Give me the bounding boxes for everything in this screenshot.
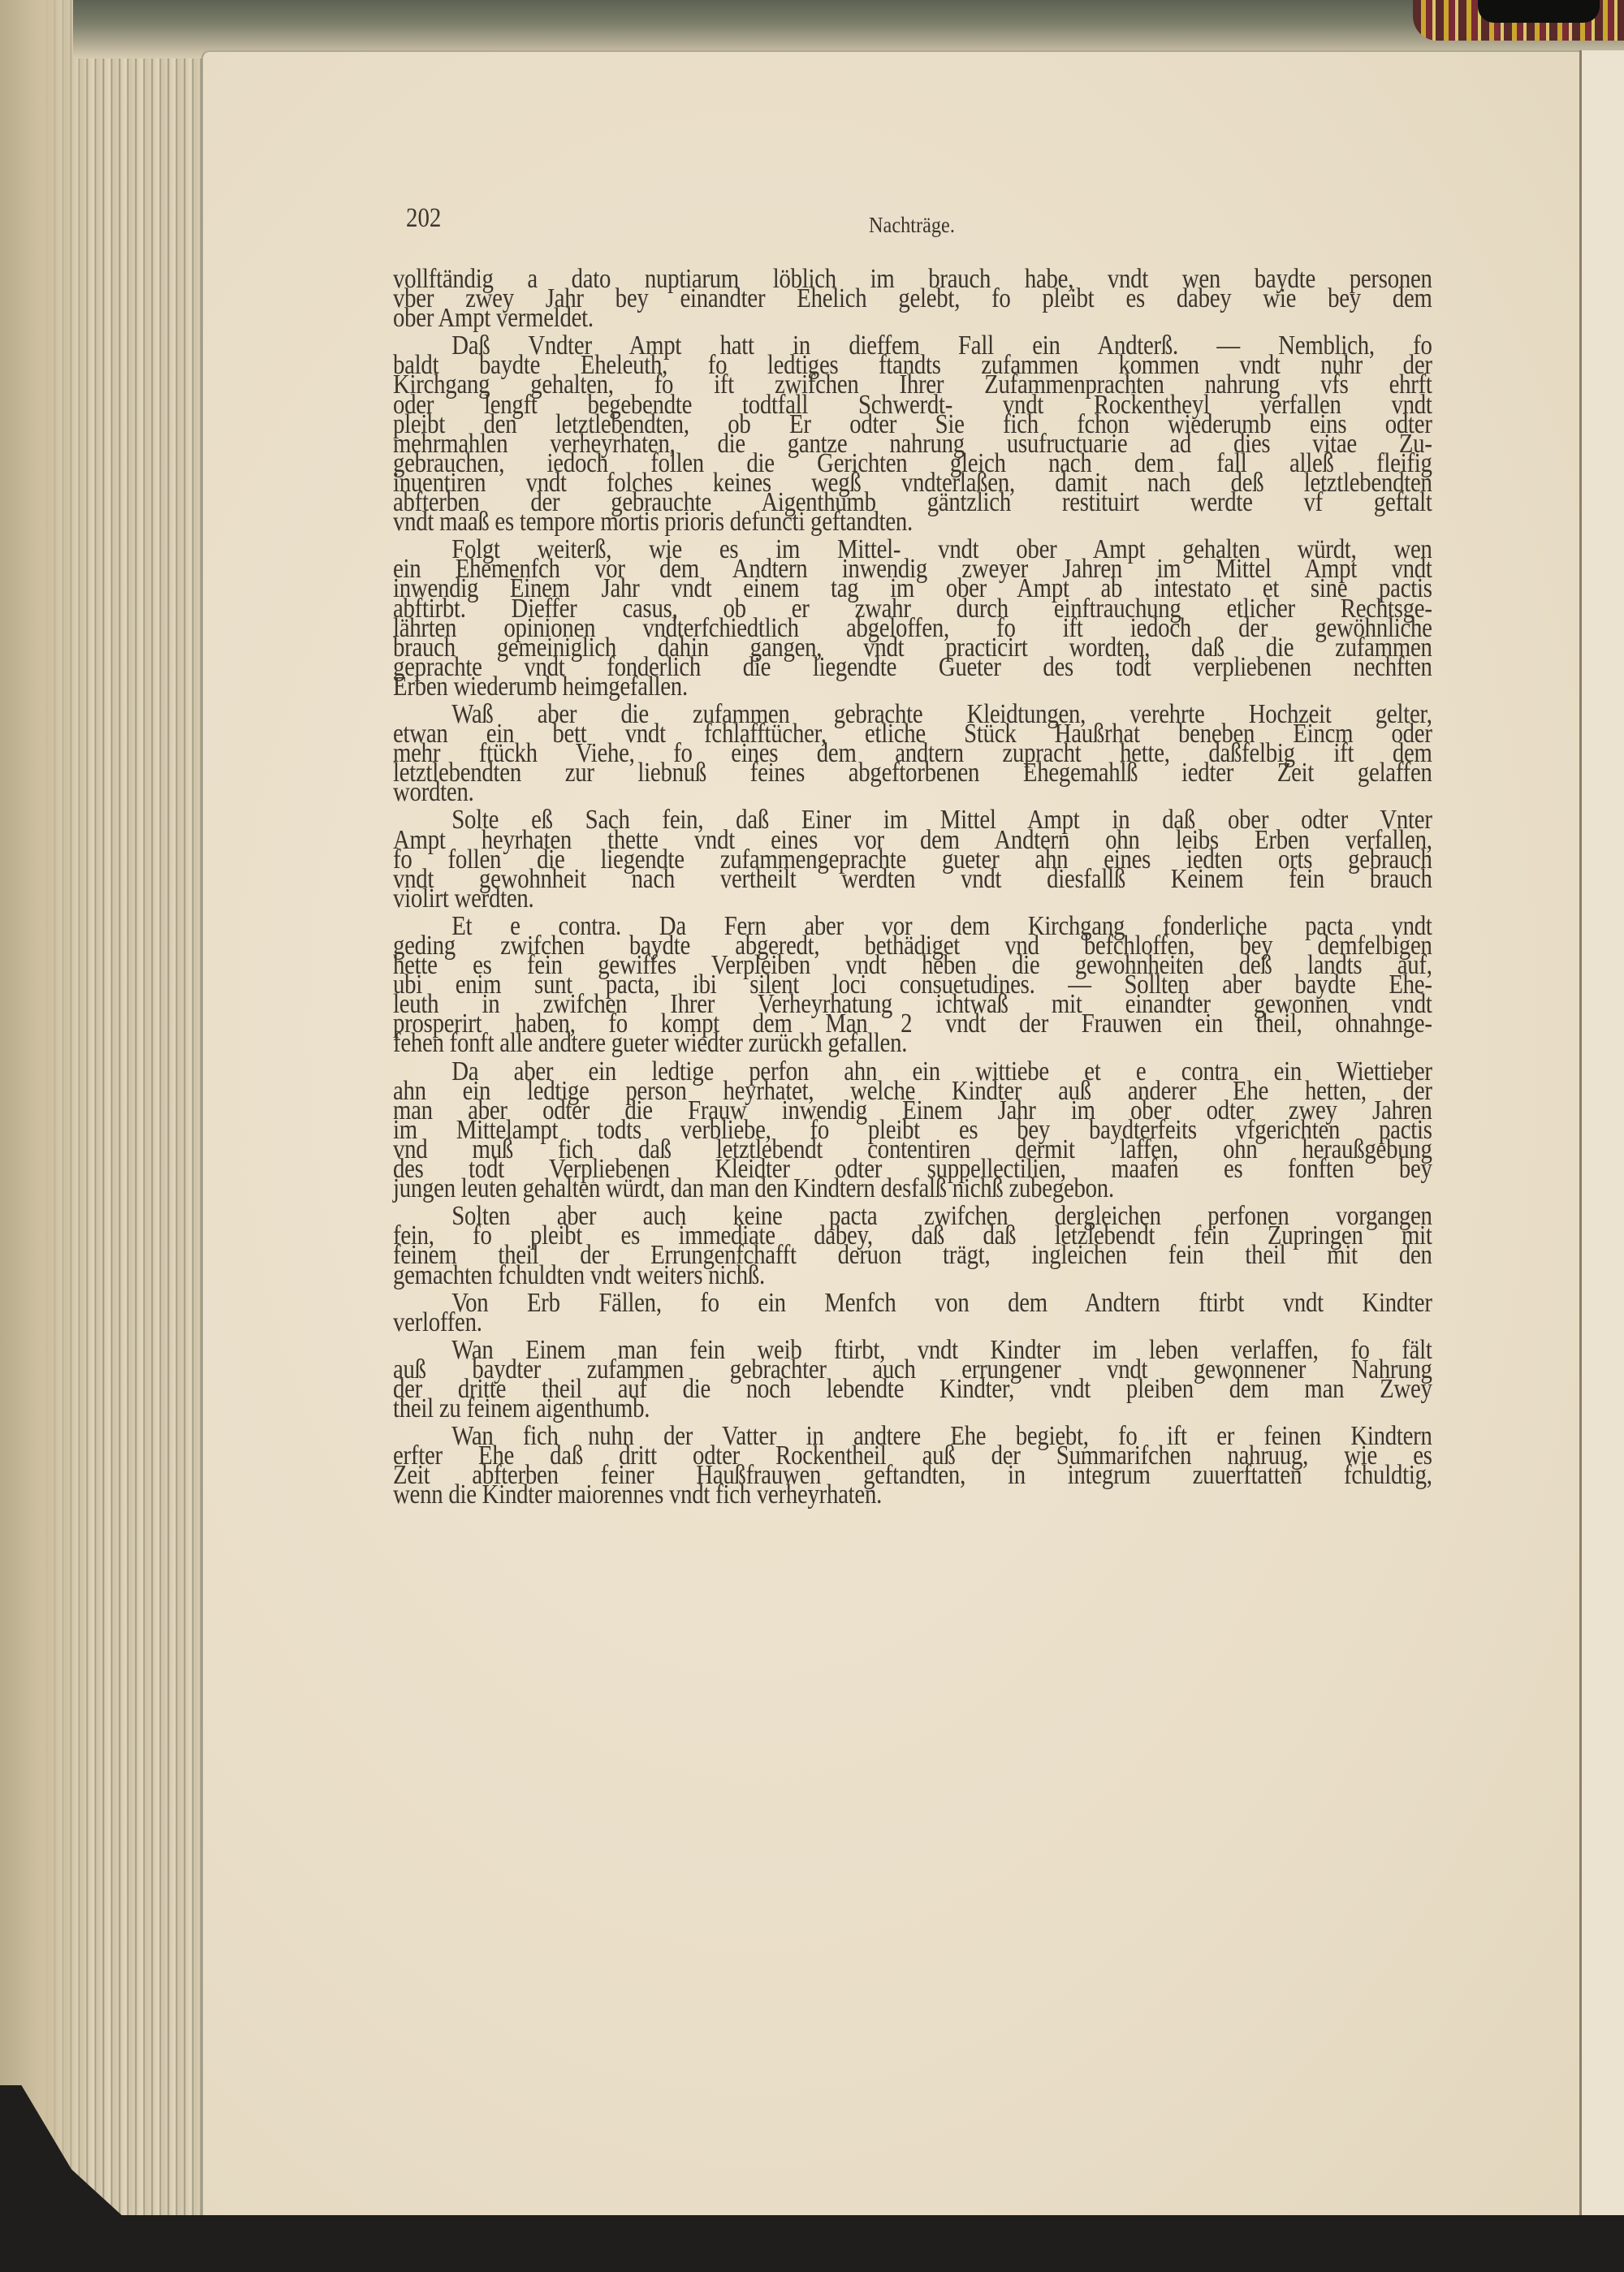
paragraph: Wan Einem man fein weib ftirbt, vndt Kin… [393,1341,1432,1419]
paragraph: vollftändig a dato nuptiarum löblich im … [393,270,1432,328]
running-head: Nachträge. [869,213,955,238]
page-body-text: vollftändig a dato nuptiarum löblich im … [393,270,1432,1514]
text-line: letztlebendten zur liebnuß feines abgeft… [393,763,1432,783]
page-number: 202 [406,203,441,234]
paragraph: Wan fich nuhn der Vatter in andtere Ehe … [393,1427,1432,1505]
page-header: 202 Nachträge. [406,203,1429,235]
paragraph: Et e contra. Da Fern aber vor dem Kirchg… [393,917,1432,1054]
stacked-page-edges [0,0,211,2241]
paragraph: Von Erb Fällen, fo ein Menfch von dem An… [393,1294,1432,1333]
book-spine-shadow [1478,0,1600,23]
text-line: Von Erb Fällen, fo ein Menfch von dem An… [393,1294,1432,1313]
paragraph: Daß Vndter Ampt hatt in dieffem Fall ein… [393,336,1432,532]
background-shadow-bottom [0,2215,1624,2272]
text-line: vndt gewohnheit nach vertheilt werdten v… [393,870,1432,889]
paragraph: Folgt weiterß, wie es im Mittel- vndt ob… [393,540,1432,697]
facing-page-edge [1579,50,1624,2227]
paragraph: Solten aber auch keine pacta zwifchen de… [393,1207,1432,1285]
paragraph: Waß aber die zufammen gebrachte Kleidtun… [393,705,1432,802]
paragraph: Da aber ein ledtige perfon ahn ein witti… [393,1062,1432,1199]
paragraph: Solte eß Sach fein, daß Einer im Mittel … [393,810,1432,908]
